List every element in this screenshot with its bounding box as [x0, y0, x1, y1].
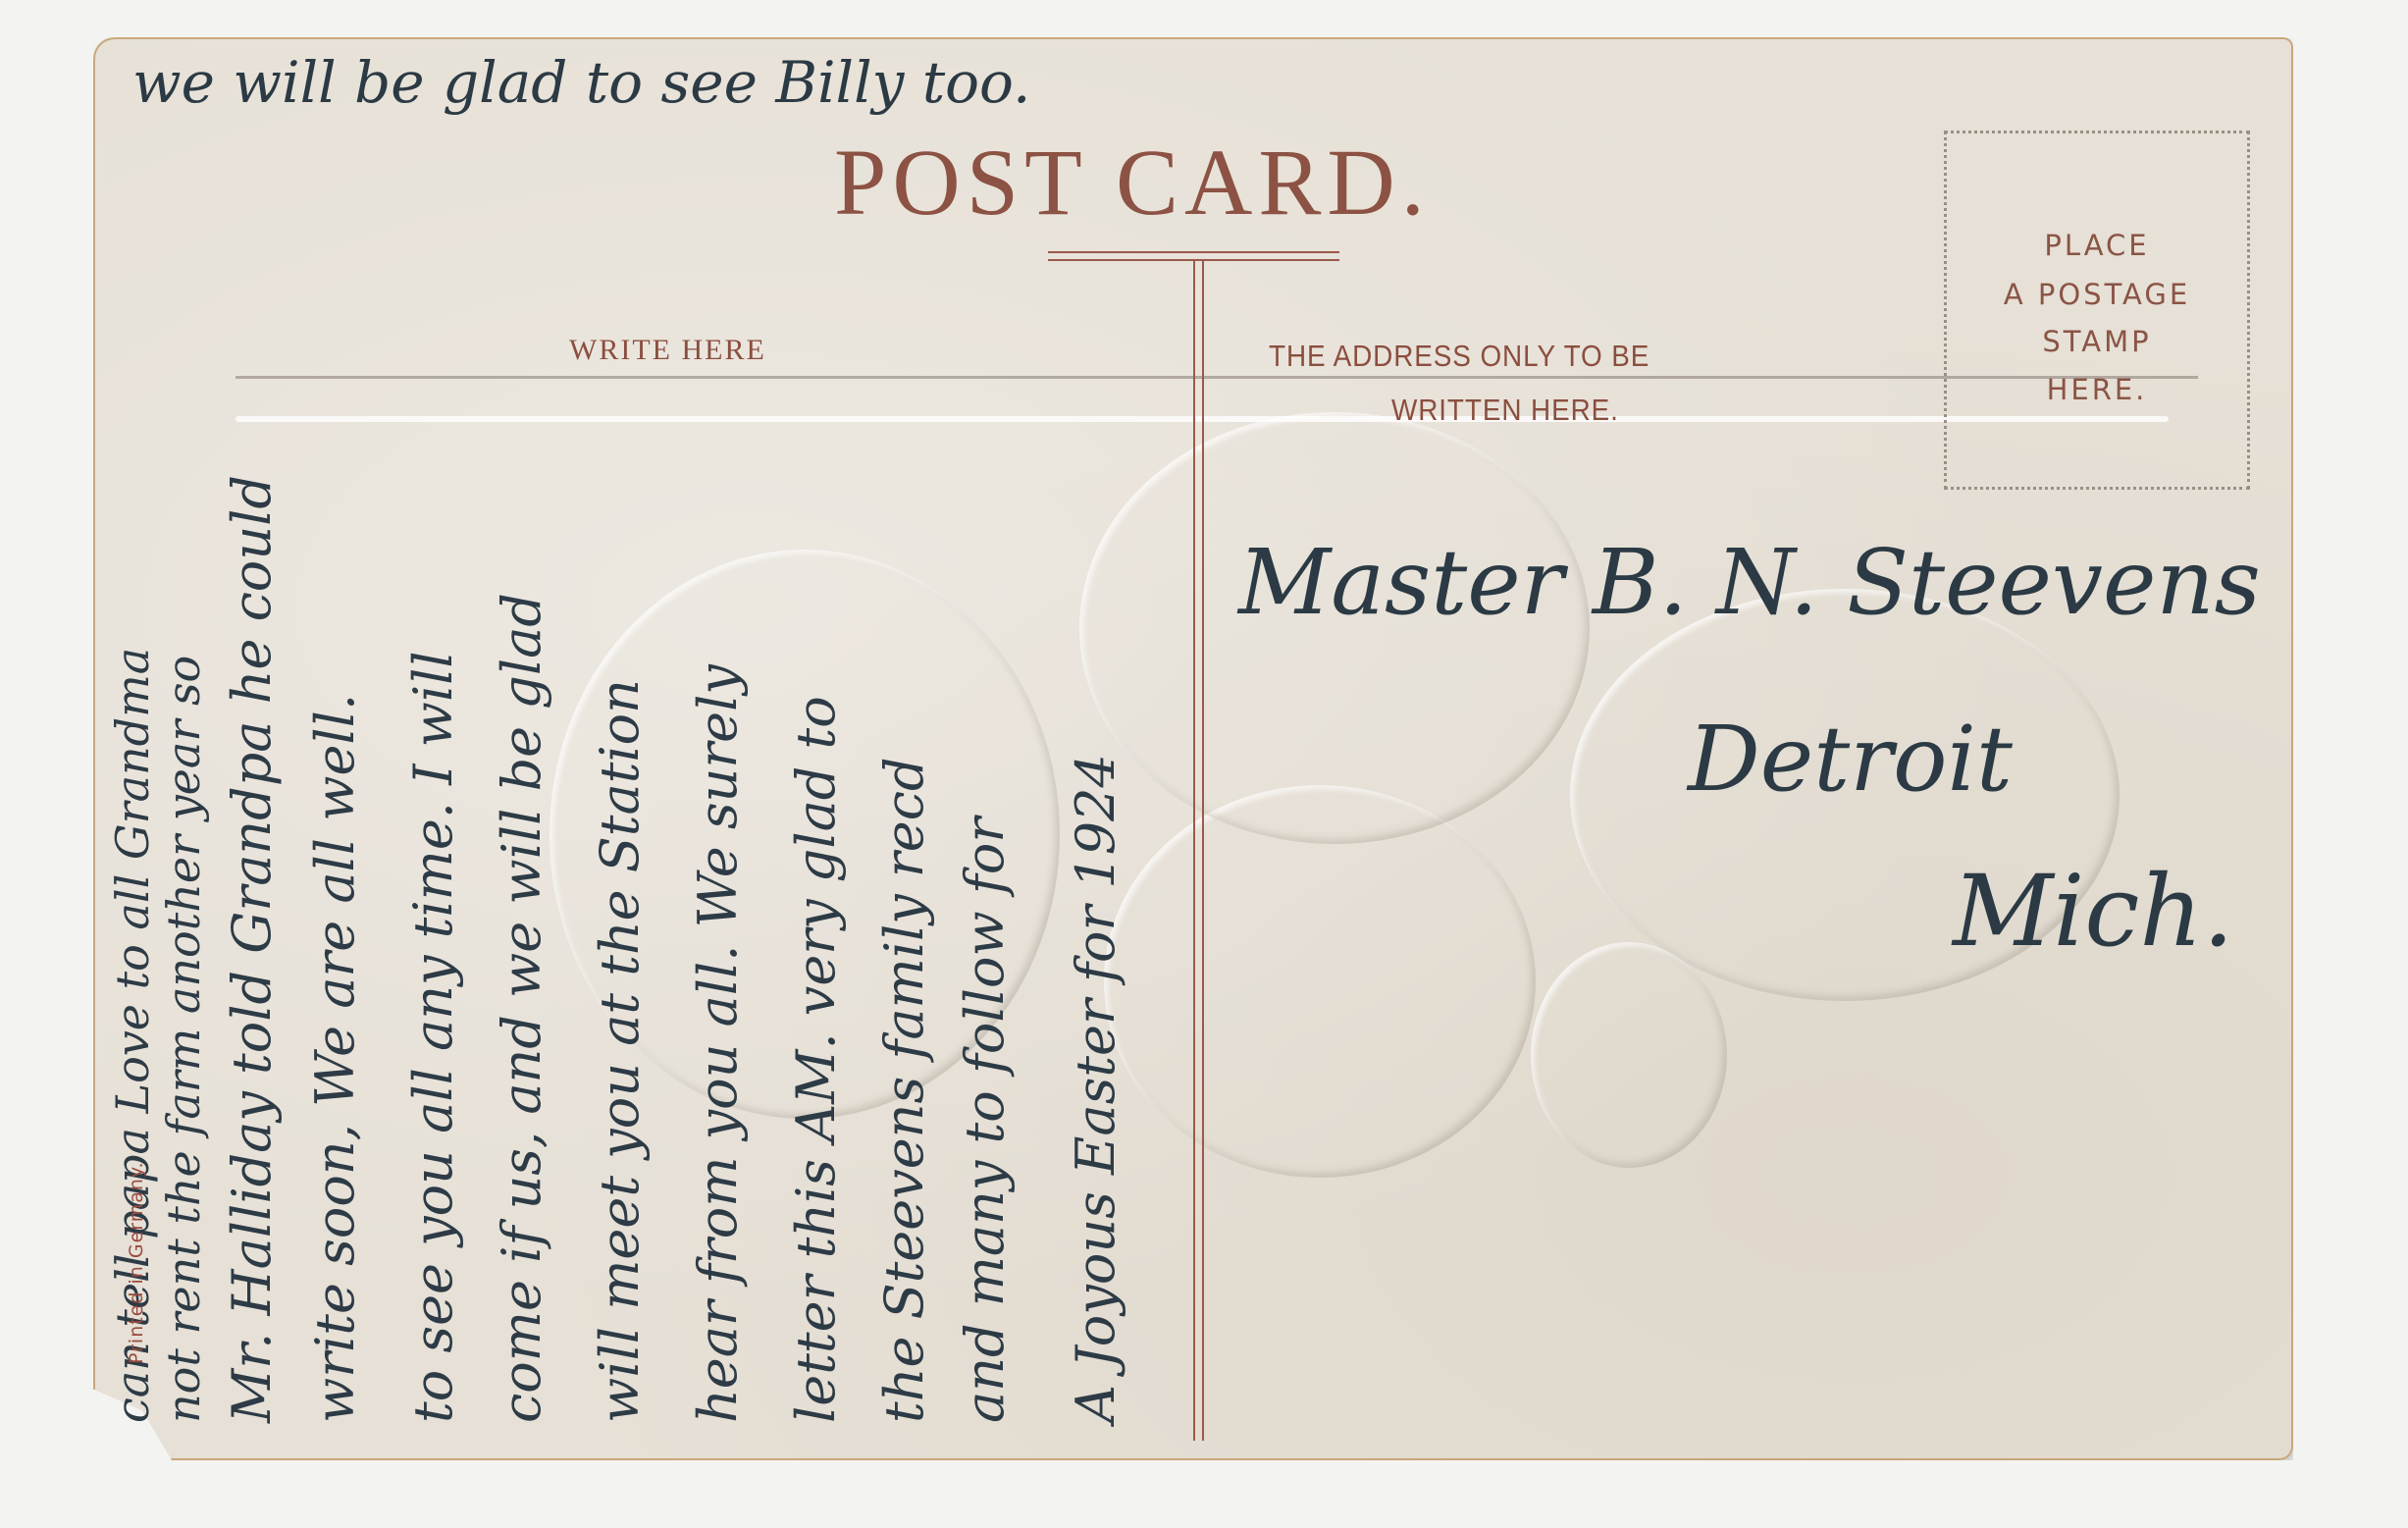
- address-label-line1: THE ADDRESS ONLY TO BE: [1269, 339, 1649, 374]
- message-line: and many to follow for: [954, 817, 1016, 1423]
- stamp-text-line3: STAMP: [1947, 325, 2247, 358]
- message-line: will meet you at the Station: [589, 679, 651, 1423]
- message-line: A Joyous Easter for 1924: [1065, 754, 1126, 1423]
- message-top-line: we will be glad to see Billy too.: [132, 49, 1030, 116]
- divider-line-2: [1202, 260, 1204, 1441]
- divider-top-bar: [1048, 251, 1339, 253]
- message-line: not rent the farm another year so: [157, 656, 210, 1423]
- message-line: letter this AM. very glad to: [785, 696, 847, 1423]
- embossed-egg-large: [1104, 785, 1536, 1178]
- address-label-line2: WRITTEN HERE.: [1391, 393, 1619, 428]
- message-line: the Steevens family recd: [873, 757, 935, 1423]
- message-line: Mr. Halliday told Grandpa he could: [221, 475, 283, 1423]
- stamp-text-line1: PLACE: [1947, 229, 2247, 262]
- emboss-ridge: [236, 376, 2198, 379]
- write-here-label: WRITE HERE: [569, 334, 766, 367]
- stamp-text-line4: HERE.: [1947, 373, 2247, 406]
- message-line: to see you all any time. I will: [402, 651, 464, 1423]
- stamp-box: PLACE A POSTAGE STAMP HERE.: [1944, 131, 2250, 490]
- message-line: come if us, and we will be glad: [491, 593, 552, 1423]
- printed-in-germany: Printed in Germany.: [126, 1161, 147, 1364]
- address-line2: Detroit: [1688, 707, 2013, 812]
- message-line: hear from you all. We surely: [687, 664, 749, 1423]
- post-card-title: POST CARD.: [834, 128, 1431, 237]
- message-line: write soon, We are all well.: [304, 694, 366, 1423]
- divider-line: [1193, 260, 1195, 1441]
- address-line3: Mich.: [1953, 854, 2234, 969]
- address-line1: Master B. N. Steevens: [1238, 530, 2261, 635]
- stamp-text-line2: A POSTAGE: [1947, 278, 2247, 311]
- embossed-chick: [1531, 942, 1727, 1168]
